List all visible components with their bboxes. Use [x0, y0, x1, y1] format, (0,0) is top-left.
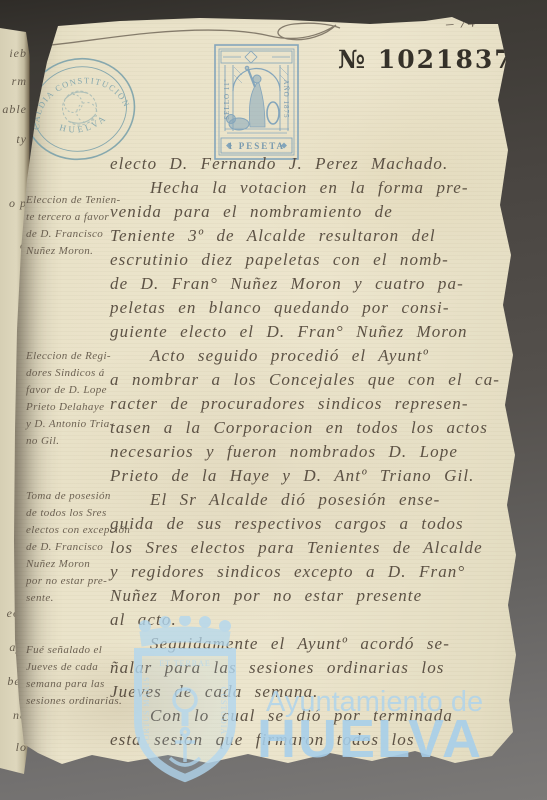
manuscript-line: escrutinio diez papeletas con el nomb-	[110, 248, 520, 272]
oval-stamp-bottom-text: HUELVA	[56, 111, 111, 140]
margin-note-line: y D. Antonio Tria-	[26, 416, 126, 433]
manuscript-line: venida para el nombramiento de	[110, 200, 520, 224]
manuscript-line: Acto seguido procedió el Ayuntº	[110, 344, 520, 368]
manuscript-line: Seguidamente el Ayuntº acordó se-	[110, 632, 520, 656]
margin-note-line: Toma de posesión	[26, 488, 126, 505]
margin-note-election-regidores: Eleccion de Regi- dores Sindicos á favor…	[26, 348, 126, 450]
manuscript-line: electo D. Fernando J. Perez Machado.	[110, 152, 520, 176]
margin-note-line: te tercero a favor	[26, 209, 126, 226]
prev-page-text-fragment: o p	[0, 196, 27, 211]
manuscript-line: Con lo cual se dió por terminada	[110, 704, 520, 728]
manuscript-line: peletas en blanco quedando por consi-	[110, 296, 520, 320]
margin-note-sesiones: Fué señalado el Jueves de cada semana pa…	[26, 642, 126, 710]
margin-note-line: dores Sindicos á	[26, 365, 126, 382]
manuscript-line: a nombrar a los Concejales que con el ca…	[110, 368, 520, 392]
manuscript-line: Hecha la votacion en la forma pre-	[110, 176, 520, 200]
revenue-stamp: SELLO 11º AÑO 1875 1 PESETA	[211, 41, 302, 163]
manuscript-line: al acto.	[110, 608, 520, 632]
prev-page-text-fragment: lo	[0, 740, 27, 755]
manuscript-line: racter de procuradores sindicos represen…	[110, 392, 520, 416]
revenue-stamp-right-text: AÑO 1875	[282, 80, 290, 119]
manuscript-line: y regidores sindicos excepto a D. Fran°	[110, 560, 520, 584]
manuscript-body: electo D. Fernando J. Perez Machado. Hec…	[110, 152, 520, 752]
prev-page-text-fragment: ieb	[0, 46, 27, 61]
manuscript-line: guiente electo el D. Fran° Nuñez Moron	[110, 320, 520, 344]
manuscript-line: tasen a la Corporacion en todos los acto…	[110, 416, 520, 440]
manuscript-line: El Sr Alcalde dió posesión ense-	[110, 488, 520, 512]
margin-note-line: Prieto Delahaye	[26, 399, 126, 416]
margin-note-line: sente.	[26, 590, 126, 607]
margin-note-line: Jueves de cada	[26, 659, 126, 676]
manuscript-line: Prieto de la Haye y D. Antº Triano Gil.	[110, 464, 520, 488]
prev-page-text-fragment: ty	[0, 132, 27, 147]
manuscript-line: Teniente 3º de Alcalde resultaron del	[110, 224, 520, 248]
margin-note-line: electos con excepción	[26, 522, 126, 539]
manuscript-line: los Sres electos para Tenientes de Alcal…	[110, 536, 520, 560]
prev-page-text-fragment: able	[0, 102, 27, 117]
manuscript-line: Nuñez Moron por no estar presente	[110, 584, 520, 608]
document-page: – 74 – № 1021837	[0, 0, 547, 800]
margin-note-line: de todos los Sres	[26, 505, 126, 522]
margin-note-line: por no estar pre-	[26, 573, 126, 590]
margin-note-line: Eleccion de Tenien-	[26, 192, 126, 209]
revenue-stamp-value: 1 PESETA	[228, 141, 285, 151]
margin-note-line: semana para las	[26, 676, 126, 693]
margin-note-line: de D. Francisco	[26, 226, 126, 243]
prev-page-text-fragment: rm	[0, 74, 27, 89]
manuscript-line: necesarios y fueron nombrados D. Lope	[110, 440, 520, 464]
margin-note-line: de D. Francisco	[26, 539, 126, 556]
manuscript-line: esta sesion que firmaron todos los	[110, 728, 520, 752]
margin-note-line: no Gil.	[26, 433, 126, 450]
margin-note-line: Nuñez Moron	[26, 556, 126, 573]
margin-note-line: Eleccion de Regi-	[26, 348, 126, 365]
margin-note-line: favor de D. Lope	[26, 382, 126, 399]
margin-note-toma-posesion: Toma de posesión de todos los Sres elect…	[26, 488, 126, 607]
manuscript-line: Jueves de cada semana.	[110, 680, 520, 704]
folio-number: – 74 –	[445, 14, 490, 34]
manuscript-line: ñalar para las sesiones ordinarias los	[110, 656, 520, 680]
manuscript-line: de D. Fran° Nuñez Moron y cuatro pa-	[110, 272, 520, 296]
scanned-document: ieb rm able ty o p a eon aje bey na lo –…	[0, 0, 547, 800]
margin-note-line: sesiones ordinarias.	[26, 693, 126, 710]
revenue-stamp-left-text: SELLO 11º	[223, 78, 231, 119]
svg-text:HUELVA: HUELVA	[56, 111, 111, 140]
margin-note-election-teniente: Eleccion de Tenien- te tercero a favor d…	[26, 192, 126, 260]
manuscript-line: guida de sus respectivos cargos a todos	[110, 512, 520, 536]
margin-note-line: Fué señalado el	[26, 642, 126, 659]
serial-number: № 1021837	[338, 45, 514, 74]
margin-note-line: Nuñez Moron.	[26, 243, 126, 260]
